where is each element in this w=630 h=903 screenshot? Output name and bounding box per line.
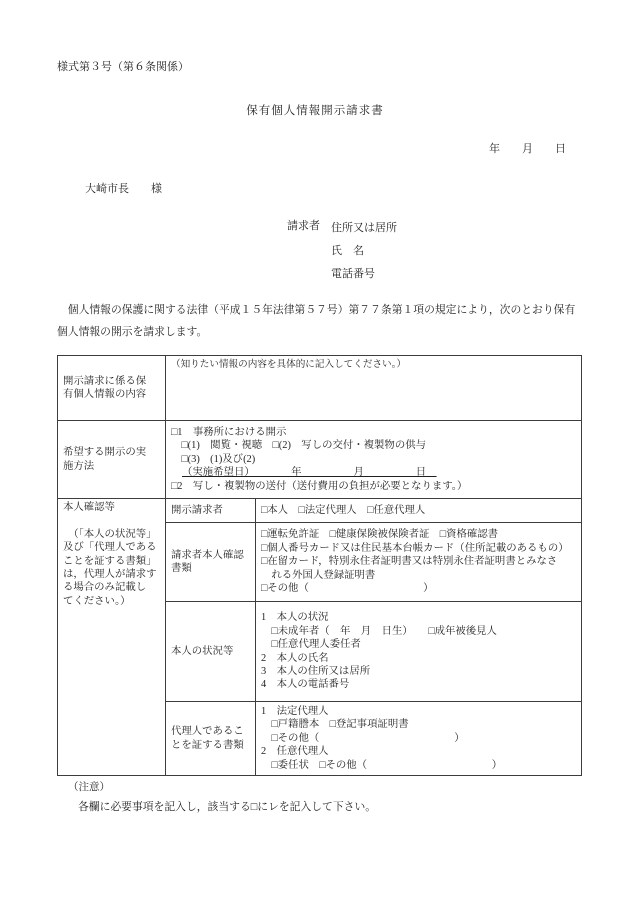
table-row-requester-type: 本人確認等 （「本人の状況等」 及び「代理人である ことを証する書類」 は，代理… [58, 499, 582, 523]
cell-identity-documents: □運転免許証 □健康保険被保険者証 □資格確認書 □個人番号カード又は住民基本台… [256, 523, 582, 602]
requester-block: 請求者 住所又は居所 氏 名 電話番号 [287, 217, 397, 286]
requester-label: 請求者 [287, 217, 320, 286]
caution-label: （注意） [68, 779, 110, 794]
row-label-identity-verification: 本人確認等 （「本人の状況等」 及び「代理人である ことを証する書類」 は，代理… [58, 499, 166, 776]
request-table: 開示請求に係る保 有個人情報の内容 （知りたい情報の内容を具体的に記入してくださ… [57, 355, 582, 776]
caution-text: 各欄に必要事項を記入し，該当する□にレを記入して下さい。 [78, 799, 376, 814]
cell-agent-proof: 1 法定代理人 □戸籍謄本 □登記事項証明書 □その他（ ） 2 任意代理人 □… [256, 702, 582, 776]
form-number: 様式第３号（第６条関係） [57, 58, 189, 74]
sub-label-identity-documents: 請求者本人確認 書類 [166, 523, 256, 602]
method-options: □1 事務所における開示 □(1) 閲覧・視聴 □(2) 写しの交付・複製物の供… [171, 426, 576, 466]
sub-label-principal-status: 本人の状況等 [166, 602, 256, 702]
table-row-disclosure-method: 希望する開示の実 施方法 □1 事務所における開示 □(1) 閲覧・視聴 □(2… [58, 421, 582, 499]
document-title: 保有個人情報開示請求書 [0, 102, 630, 118]
desired-date-underline: （実施希望日） 年 月 日 [182, 467, 437, 478]
addressee: 大崎市長 様 [85, 180, 162, 196]
sub-label-requester-type: 開示請求者 [166, 499, 256, 523]
cell-requester-type: □本人 □法定代理人 □任意代理人 [256, 499, 582, 523]
row-label-disclosure-method: 希望する開示の実 施方法 [58, 421, 166, 499]
method-send-option: □2 写し・複製物の送付（送付費用の負担が必要となります。） [171, 480, 576, 493]
desired-date-line: （実施希望日） 年 月 日 [171, 466, 576, 479]
cell-disclosure-content-hint: （知りたい情報の内容を具体的に記入してください。） [166, 356, 582, 421]
table-row-disclosure-content: 開示請求に係る保 有個人情報の内容 （知りたい情報の内容を具体的に記入してくださ… [58, 356, 582, 421]
requester-fields: 住所又は居所 氏 名 電話番号 [331, 217, 397, 286]
cell-principal-status: 1 本人の状況 □未成年者（ 年 月 日生） □成年被後見人 □任意代理人委任者… [256, 602, 582, 702]
date-line: 年 月 日 [489, 140, 566, 156]
intro-paragraph: 個人情報の保護に関する法律（平成１５年法律第５７号）第７７条第１項の規定により，… [57, 299, 575, 343]
cell-disclosure-method: □1 事務所における開示 □(1) 閲覧・視聴 □(2) 写しの交付・複製物の供… [166, 421, 582, 499]
document-page: 様式第３号（第６条関係） 保有個人情報開示請求書 年 月 日 大崎市長 様 請求… [0, 0, 630, 903]
row-label-disclosure-content: 開示請求に係る保 有個人情報の内容 [58, 356, 166, 421]
sub-label-agent-proof: 代理人であるこ とを証する書類 [166, 702, 256, 776]
